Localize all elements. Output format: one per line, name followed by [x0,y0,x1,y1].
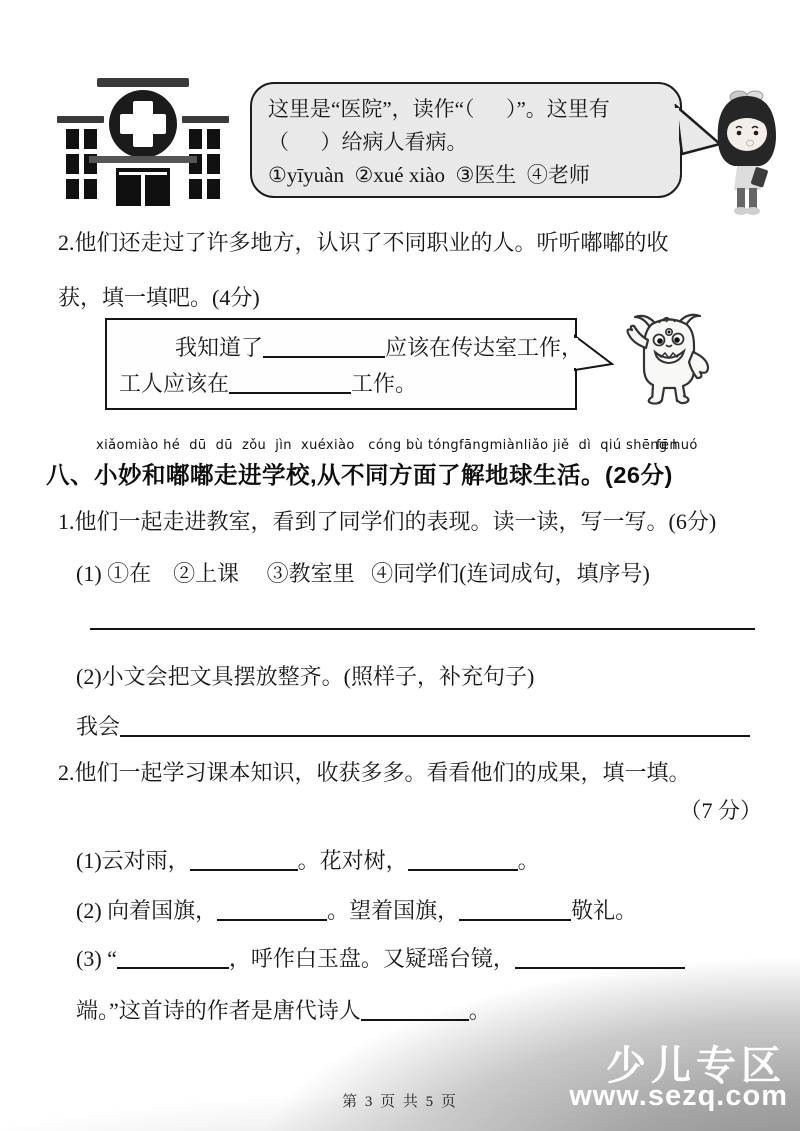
fill-blank [120,720,750,737]
q2-stem: 2.他们一起学习课本知识，收获多多。看看他们的成果，填一填。 [58,756,691,787]
monster-line2-post: 工作。 [351,371,417,396]
q2-item2-text-a: (2) 向着国旗， [76,898,217,923]
speech-bubble-tail-icon [574,332,616,376]
q2-item2: (2) 向着国旗，。望着国旗，敬礼。 [76,894,637,925]
thinking-girl-icon [706,88,788,216]
q2-item3-text-a: (3) “ [76,946,117,971]
q1-sub1: (1) ①在 ②上课 ③教室里 ④同学们(连词成句，填序号) [76,557,650,588]
q2-item2-text-b: 。望着国旗， [327,898,459,923]
fill-blank [263,341,385,358]
monster-bubble-line2: 工人应该在工作。 [119,366,565,402]
bubble-text-line1: 这里是“医院”，读作“（ ）”。这里有 [268,93,666,126]
monster-line1-post: 应该在传达室工作， [385,335,583,360]
answer-line [90,628,755,630]
q1-stem: 1.他们一起走进教室，看到了同学们的表现。读一读，写一写。(6分) [58,505,716,536]
fill-blank [190,854,298,871]
q2-item1-text-c: 。 [518,848,540,873]
fill-blank [408,854,518,871]
exam-page: 这里是“医院”，读作“（ ）”。这里有 （ ）给病人看病。 ①yīyuàn ②x… [0,0,800,1131]
q2-item3-line1: (3) “，呼作白玉盘。又疑瑶台镜， [76,942,685,973]
bubble-text-line2: （ ）给病人看病。 [268,126,666,159]
monster-line2-pre: 工人应该在 [119,371,229,396]
q1-answer-pre: 我会 [76,714,120,739]
section-pinyin: xiǎomiào hé dū dū zǒu jìn xuéxiào cóng b… [96,438,698,453]
fill-blank [515,952,685,969]
monster-bubble-line1: 我知道了应该在传达室工作， [119,330,565,366]
q2-item3-text-c: 端。”这首诗的作者是唐代诗人 [76,998,361,1023]
watermark-url: www.sezq.com [569,1080,788,1113]
fill-blank [117,952,229,969]
fill-blank [217,904,327,921]
q2-item3-text-d: 。 [469,998,491,1023]
fill-blank [361,1004,469,1021]
hospital-speech-bubble: 这里是“医院”，读作“（ ）”。这里有 （ ）给病人看病。 ①yīyuàn ②x… [250,82,682,198]
q2-item3-line2: 端。”这首诗的作者是唐代诗人。 [76,994,491,1025]
monster-speech-bubble: 我知道了应该在传达室工作， 工人应该在工作。 [105,318,577,410]
q2-item1-text-b: 。花对树， [298,848,408,873]
q2-score: （7 分） [58,794,762,825]
monster-line1-pre: 我知道了 [175,335,263,360]
bubble-options: ①yīyuàn ②xué xiào ③医生 ④老师 [268,159,666,192]
monster-icon [618,312,722,408]
fill-blank [459,904,571,921]
section-pinyin-fen: fēn [656,438,678,453]
q1-answer-row: 我会 [76,710,750,741]
q2-item2-text-c: 敬礼。 [571,898,637,923]
section-eight-title: 八、小妙和嘟嘟走进学校,从不同方面了解地球生活。(26分) [46,456,673,490]
q2-item1: (1)云对雨，。花对树，。 [76,844,540,875]
fill-blank [229,377,351,394]
q2-item1-text-a: (1)云对雨， [76,848,190,873]
q2-item3-text-b: ，呼作白玉盘。又疑瑶台镜， [229,946,515,971]
question-walk-line2: 获，填一填吧。(4分) [58,281,260,312]
hospital-building-icon [55,76,231,206]
q1-sub2: (2)小文会把文具摆放整齐。(照样子，补充句子) [76,660,534,691]
question-walk-line1: 2.他们还走过了许多地方，认识了不同职业的人。听听嘟嘟的收 [58,226,669,257]
